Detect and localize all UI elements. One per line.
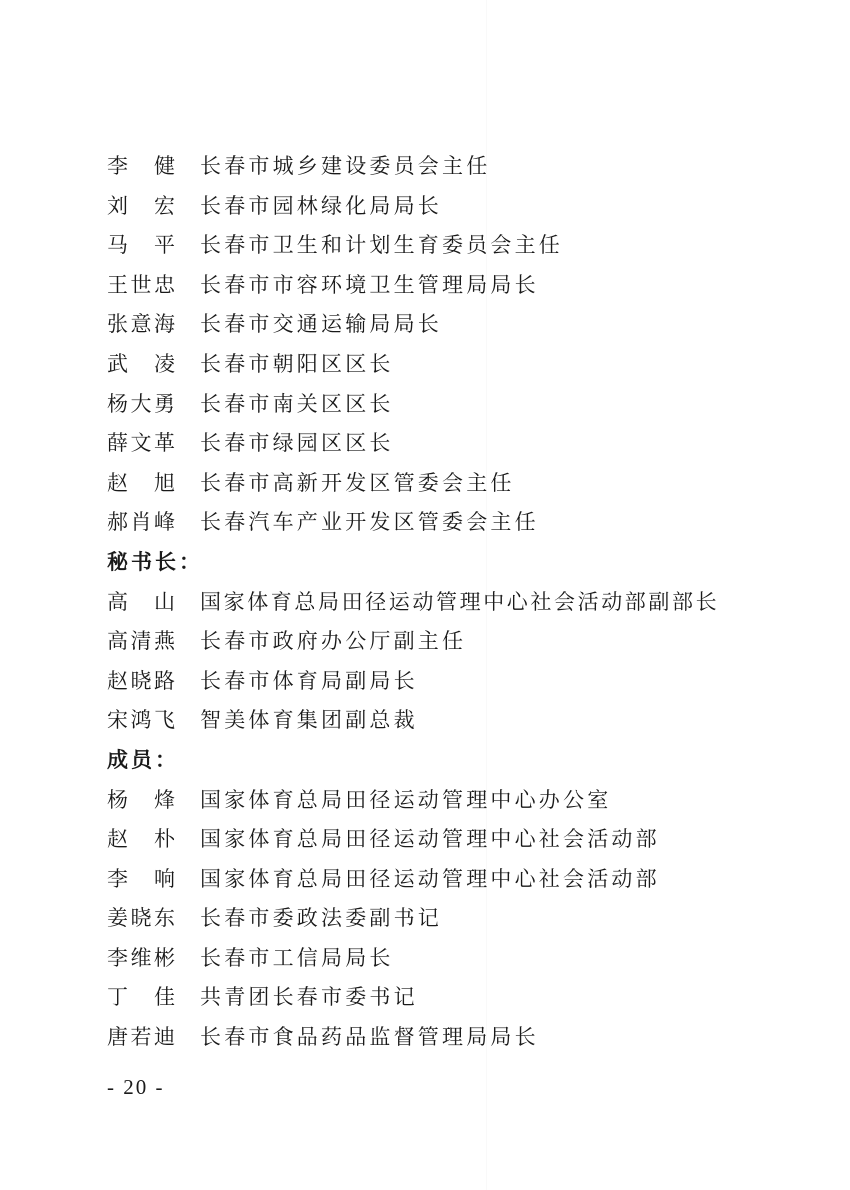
person-title: 国家体育总局田径运动管理中心社会活动部 (200, 860, 660, 900)
person-title: 长春市政府办公厅副主任 (200, 622, 466, 662)
roster-row: 赵晓路 长春市体育局副局长 (107, 662, 807, 702)
roster-row: 高清燕 长春市政府办公厅副主任 (107, 622, 807, 662)
person-title: 长春市朝阳区区长 (200, 345, 394, 385)
person-name: 赵旭 (107, 464, 175, 504)
person-title: 长春市园林绿化局局长 (200, 187, 442, 227)
person-name: 丁佳 (107, 978, 175, 1018)
person-name: 赵晓路 (107, 662, 175, 702)
person-name: 李响 (107, 860, 175, 900)
page-number: - 20 - (107, 1075, 165, 1100)
person-title: 长春市南关区区长 (200, 385, 394, 425)
person-name: 高清燕 (107, 622, 175, 662)
person-title: 长春市高新开发区管委会主任 (200, 464, 515, 504)
roster-row: 武凌 长春市朝阳区区长 (107, 345, 807, 385)
person-title: 长春市食品药品监督管理局局长 (200, 1018, 539, 1058)
person-title: 长春市体育局副局长 (200, 662, 418, 702)
roster-row: 赵旭 长春市高新开发区管委会主任 (107, 464, 807, 504)
person-title: 长春市工信局局长 (200, 939, 394, 979)
person-name: 姜晓东 (107, 899, 175, 939)
roster-row: 张意海 长春市交通运输局局长 (107, 305, 807, 345)
roster-row: 高山 国家体育总局田径运动管理中心社会活动部副部长 (107, 583, 807, 623)
person-title: 长春市卫生和计划生育委员会主任 (200, 226, 563, 266)
person-title: 智美体育集团副总裁 (200, 701, 418, 741)
roster-row: 刘宏 长春市园林绿化局局长 (107, 187, 807, 227)
document-page: 李健 长春市城乡建设委员会主任 刘宏 长春市园林绿化局局长 马平 长春市卫生和计… (0, 0, 850, 1190)
roster-row: 王世忠 长春市市容环境卫生管理局局长 (107, 266, 807, 306)
person-name: 杨烽 (107, 781, 175, 821)
person-name: 王世忠 (107, 266, 175, 306)
person-name: 杨大勇 (107, 385, 175, 425)
person-title: 长春汽车产业开发区管委会主任 (200, 503, 539, 543)
roster-list: 李健 长春市城乡建设委员会主任 刘宏 长春市园林绿化局局长 马平 长春市卫生和计… (107, 147, 807, 1058)
person-name: 高山 (107, 583, 175, 623)
person-name: 郝肖峰 (107, 503, 175, 543)
roster-row: 郝肖峰 长春汽车产业开发区管委会主任 (107, 503, 807, 543)
person-name: 薛文革 (107, 424, 175, 464)
person-title: 长春市委政法委副书记 (200, 899, 442, 939)
roster-row: 薛文革 长春市绿园区区长 (107, 424, 807, 464)
person-title: 长春市城乡建设委员会主任 (200, 147, 490, 187)
person-name: 张意海 (107, 305, 175, 345)
person-title: 国家体育总局田径运动管理中心社会活动部 (200, 820, 660, 860)
person-title: 长春市市容环境卫生管理局局长 (200, 266, 539, 306)
roster-row: 李响 国家体育总局田径运动管理中心社会活动部 (107, 860, 807, 900)
roster-row: 赵朴 国家体育总局田径运动管理中心社会活动部 (107, 820, 807, 860)
person-name: 李健 (107, 147, 175, 187)
person-name: 武凌 (107, 345, 175, 385)
section-heading-secretary-general: 秘书长： (107, 543, 807, 583)
roster-row: 丁佳 共青团长春市委书记 (107, 978, 807, 1018)
person-title: 国家体育总局田径运动管理中心社会活动部副部长 (200, 583, 719, 623)
roster-row: 宋鸿飞 智美体育集团副总裁 (107, 701, 807, 741)
roster-row: 马平 长春市卫生和计划生育委员会主任 (107, 226, 807, 266)
roster-row: 杨大勇 长春市南关区区长 (107, 385, 807, 425)
roster-row: 李健 长春市城乡建设委员会主任 (107, 147, 807, 187)
roster-row: 唐若迪 长春市食品药品监督管理局局长 (107, 1018, 807, 1058)
person-name: 刘宏 (107, 187, 175, 227)
person-name: 唐若迪 (107, 1018, 175, 1058)
person-name: 马平 (107, 226, 175, 266)
person-title: 国家体育总局田径运动管理中心办公室 (200, 781, 611, 821)
leaders-section: 李健 长春市城乡建设委员会主任 刘宏 长春市园林绿化局局长 马平 长春市卫生和计… (107, 147, 807, 543)
person-name: 李维彬 (107, 939, 175, 979)
person-name: 宋鸿飞 (107, 701, 175, 741)
person-name: 赵朴 (107, 820, 175, 860)
person-title: 长春市交通运输局局长 (200, 305, 442, 345)
roster-row: 杨烽 国家体育总局田径运动管理中心办公室 (107, 781, 807, 821)
roster-row: 李维彬 长春市工信局局长 (107, 939, 807, 979)
person-title: 长春市绿园区区长 (200, 424, 394, 464)
person-title: 共青团长春市委书记 (200, 978, 418, 1018)
secretary-general-section: 高山 国家体育总局田径运动管理中心社会活动部副部长 高清燕 长春市政府办公厅副主… (107, 583, 807, 741)
members-section: 杨烽 国家体育总局田径运动管理中心办公室 赵朴 国家体育总局田径运动管理中心社会… (107, 781, 807, 1058)
roster-row: 姜晓东 长春市委政法委副书记 (107, 899, 807, 939)
section-heading-members: 成员： (107, 741, 807, 781)
